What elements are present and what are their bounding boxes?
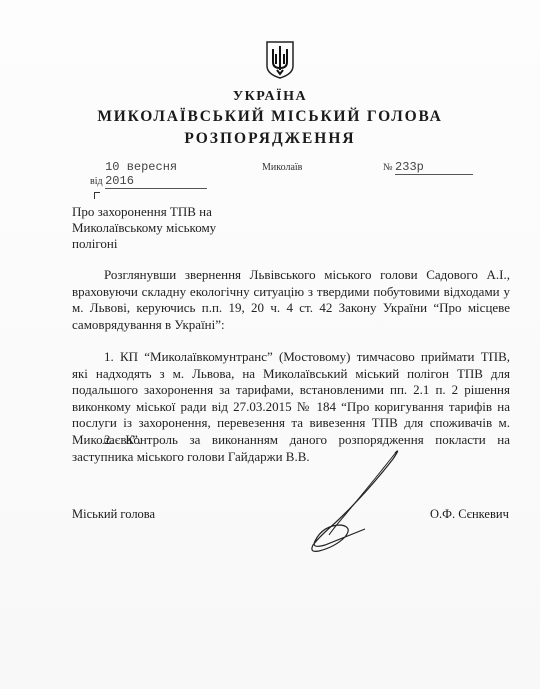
handwritten-signature xyxy=(305,445,425,560)
subject-line: Про захоронення ТПВ на xyxy=(72,204,247,220)
signatory-title: Міський голова xyxy=(72,507,155,522)
country-title: УКРАЇНА xyxy=(0,89,540,105)
item-2-text: 2. Контроль за виконанням даного розпоря… xyxy=(72,432,510,465)
order-number: 233р xyxy=(395,160,473,175)
number-line: № 233р xyxy=(383,160,473,175)
subject-line: Миколаївському міському xyxy=(72,220,247,236)
date-value: 10 вересня 2016 xyxy=(105,160,207,189)
date-line: від 10 вересня 2016 xyxy=(90,160,207,189)
subject-line: полігоні xyxy=(72,236,247,252)
corner-mark xyxy=(94,192,100,199)
subject-block: Про захоронення ТПВ на Миколаївському мі… xyxy=(72,204,247,252)
organization-title: МИКОЛАЇВСЬКИЙ МІСЬКИЙ ГОЛОВА xyxy=(0,108,540,126)
city-label: Миколаїв xyxy=(262,162,302,173)
preamble-text: Розглянувши звернення Львівського місько… xyxy=(72,267,510,333)
number-prefix: № xyxy=(383,162,393,173)
document-type-title: РОЗПОРЯДЖЕННЯ xyxy=(0,130,540,148)
date-prefix: від xyxy=(90,176,103,187)
item-2-paragraph: 2. Контроль за виконанням даного розпоря… xyxy=(72,432,510,465)
coat-of-arms-icon xyxy=(265,40,295,80)
document-page: УКРАЇНА МИКОЛАЇВСЬКИЙ МІСЬКИЙ ГОЛОВА РОЗ… xyxy=(0,0,540,689)
preamble-paragraph: Розглянувши звернення Львівського місько… xyxy=(72,267,510,333)
signatory-name: О.Ф. Сєнкевич xyxy=(430,507,509,522)
